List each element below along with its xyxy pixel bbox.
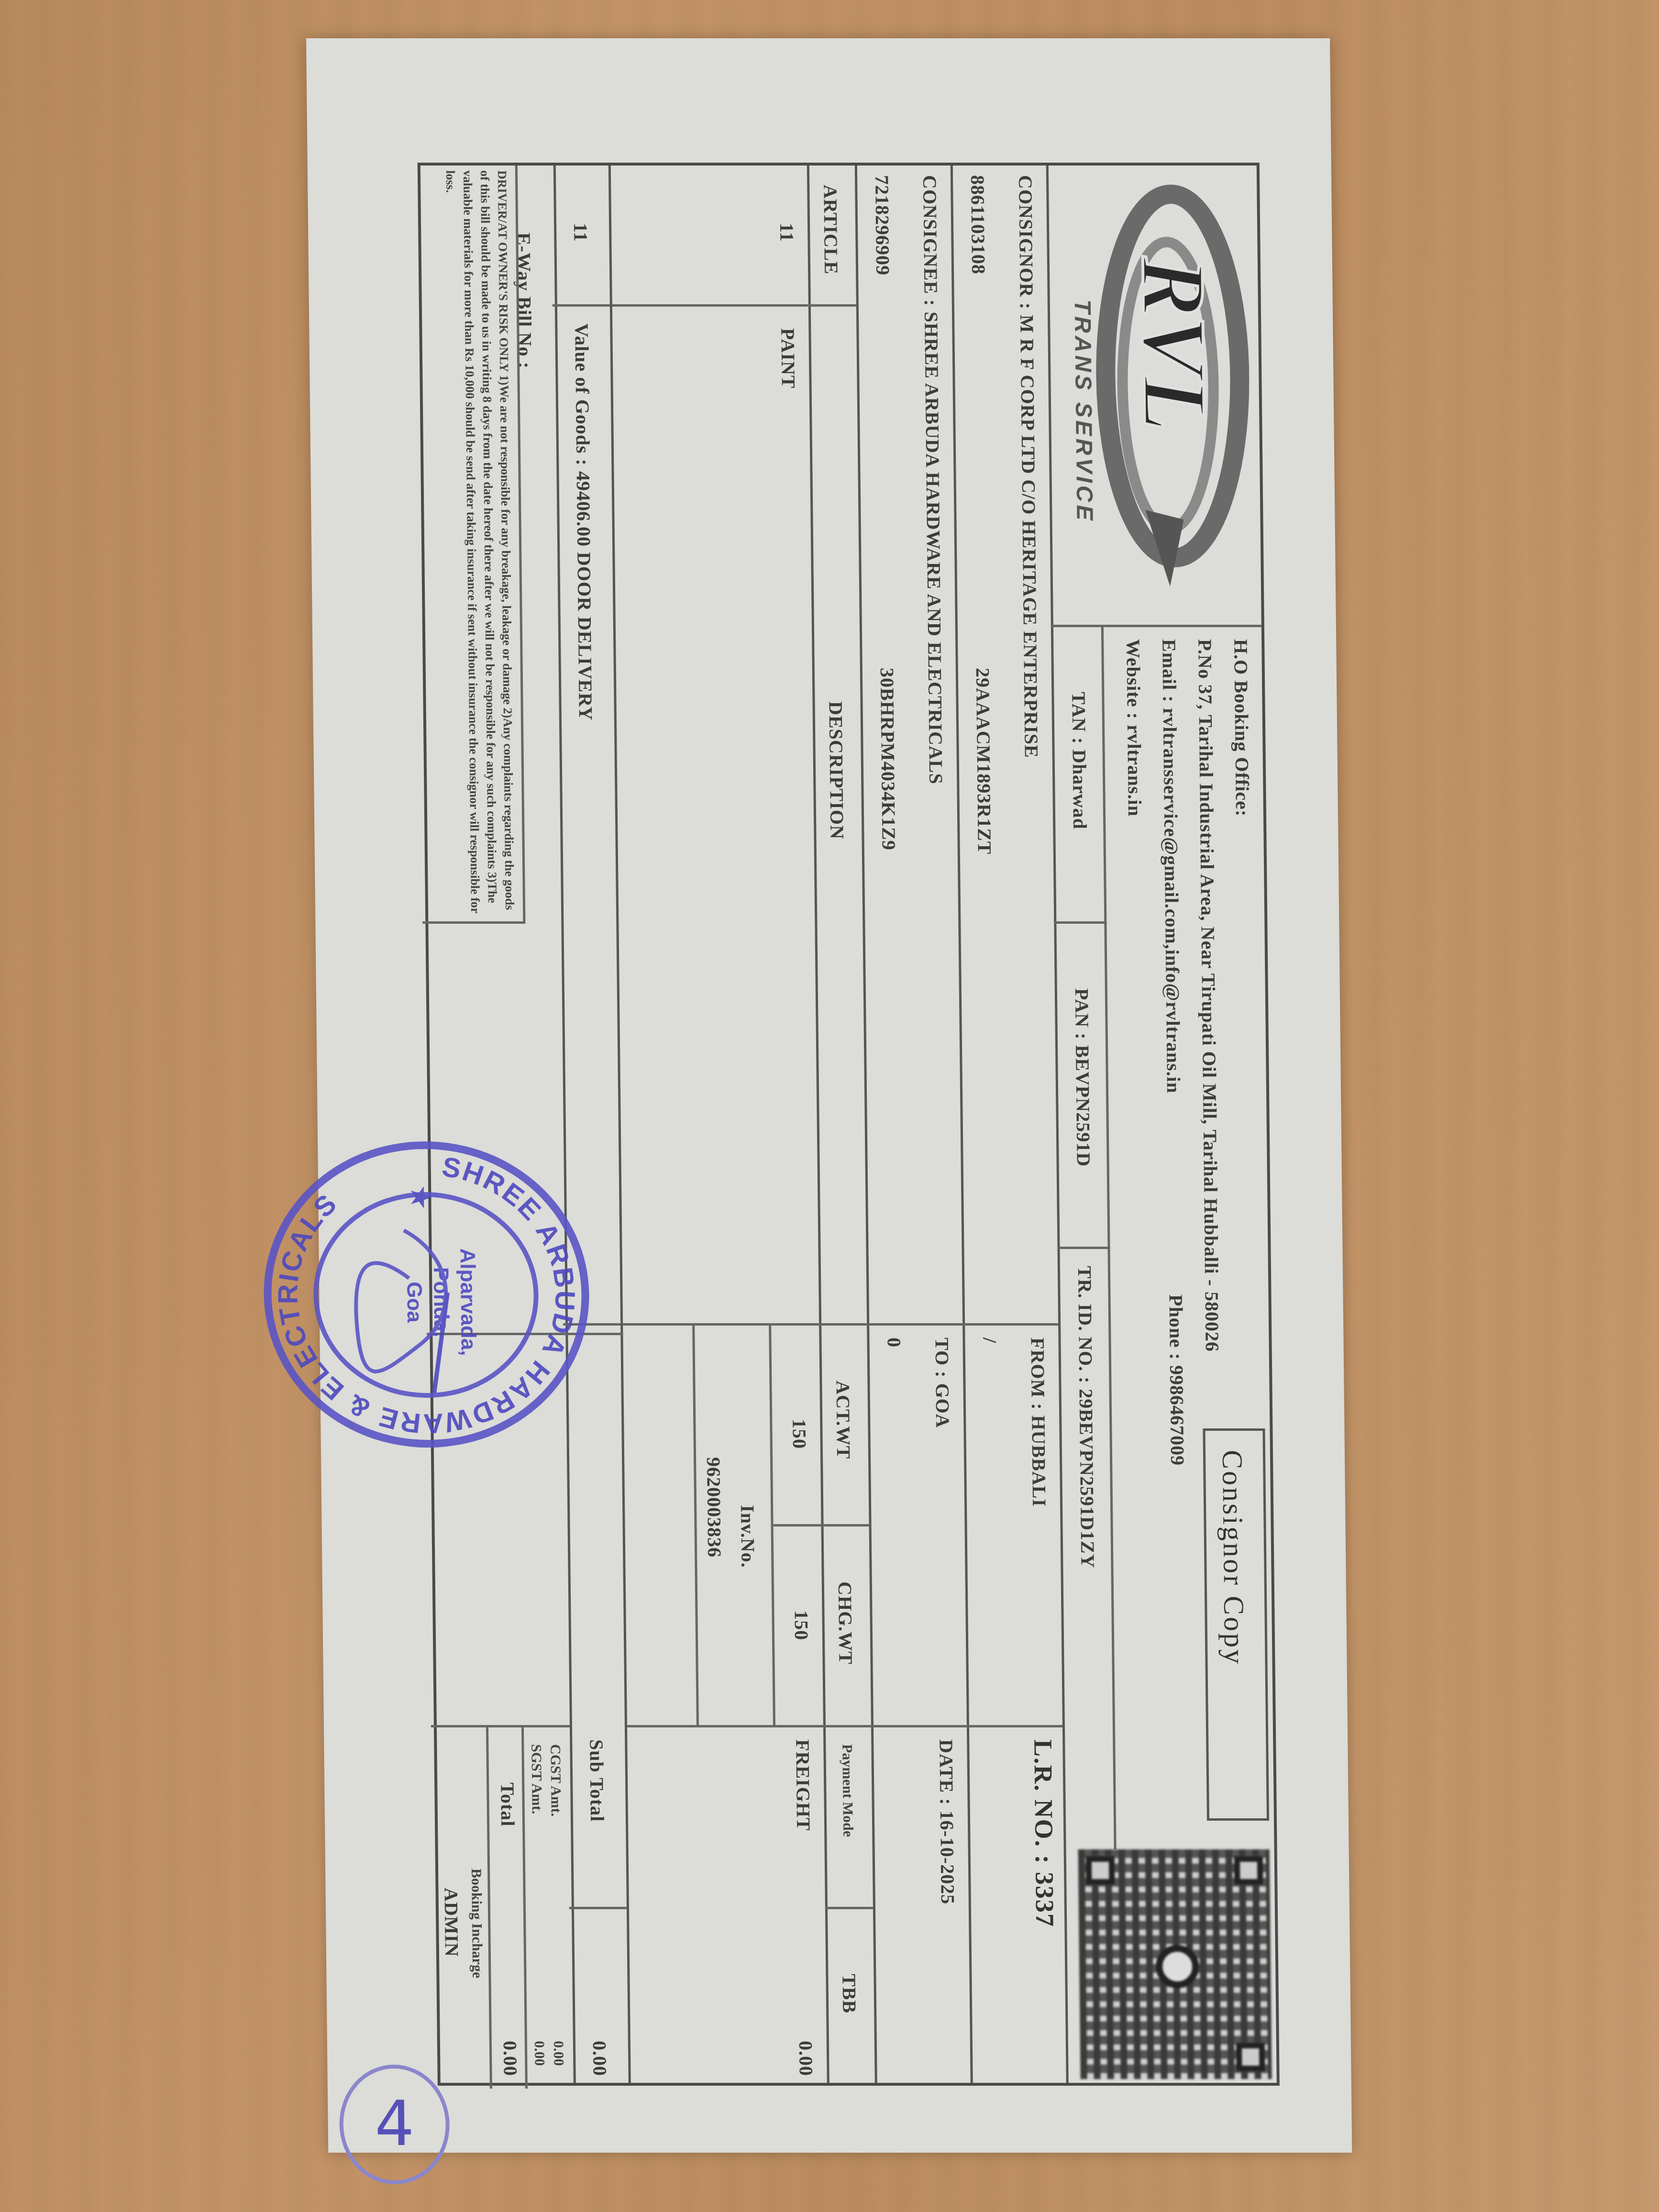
pan-number: PAN : BEVPN2591D — [1071, 988, 1095, 1167]
consignor-name: CONSIGNOR : M R F CORP LTD C/O HERITAGE … — [1014, 175, 1043, 758]
row-chg-wt: 150 — [790, 1610, 813, 1640]
company-logo: RVL TRANS SERVICE — [1065, 175, 1251, 606]
value-of-goods: Value of Goods : 49406.00 DOOR DELIVERY — [570, 323, 597, 721]
col-chg-wt: CHG.WT — [834, 1582, 857, 1665]
svg-text:★: ★ — [405, 1184, 437, 1210]
freight-value: 0.00 — [795, 2041, 818, 2076]
total-label: Total — [496, 1782, 519, 1826]
row-act-wt: 150 — [788, 1419, 811, 1449]
qr-code — [1078, 1849, 1272, 2079]
from-location: FROM : HUBBALI — [1026, 1338, 1051, 1507]
lr-number: L.R. NO. : 3337 — [1028, 1739, 1060, 1927]
handwritten-circled-number: 4 — [339, 2065, 450, 2184]
col-description: DESCRIPTION — [825, 701, 849, 840]
office-address: P.No 37, Tarihal Industrial Area, Near T… — [1194, 639, 1224, 1352]
booking-incharge-name: ADMIN — [440, 1888, 463, 1957]
from-extra: / — [978, 1338, 1001, 1343]
total-articles: 11 — [569, 223, 592, 242]
to-location: TO : GOA — [930, 1338, 954, 1428]
lr-date: DATE : 16-10-2025 — [935, 1739, 959, 1904]
col-article: ARTICLE — [819, 185, 842, 275]
row-description: PAINT — [776, 328, 799, 388]
tan-number: TAN : Dharwad — [1067, 692, 1091, 829]
sub-total-value: 0.00 — [588, 2041, 611, 2076]
company-tagline: TRANS SERVICE — [1069, 299, 1098, 523]
svg-text:RVL: RVL — [1123, 256, 1225, 431]
consignee-phone: 7218296909 — [871, 175, 894, 276]
company-website: Website : rvltrans.in — [1122, 639, 1146, 817]
sgst-label: SGST Amt. — [528, 1744, 545, 1814]
payment-mode-value: TBB — [838, 1974, 861, 2013]
copy-label: Consignor Copy — [1216, 1450, 1251, 1666]
col-payment-mode: Payment Mode — [839, 1744, 856, 1837]
sgst-value: 0.00 — [531, 2041, 548, 2066]
qr-logo-icon — [1156, 1945, 1199, 1988]
receipt-frame: RVL TRANS SERVICE H.O Booking Office: P.… — [418, 163, 1280, 2086]
freight-label: FREIGHT — [791, 1739, 815, 1831]
total-value: 0.00 — [499, 2041, 522, 2076]
consignor-gstin: 29AAACM1893R1ZT — [972, 668, 996, 855]
consignee-rubber-stamp: SHREE ARBUDA HARDWARE & ELECTRICALS ★ Al… — [262, 1141, 591, 1448]
booking-incharge-label: Booking Incharge — [468, 1869, 485, 1978]
copy-label-box: Consignor Copy — [1203, 1428, 1269, 1821]
col-act-wt: ACT.WT — [831, 1381, 855, 1459]
header-row: RVL TRANS SERVICE H.O Booking Office: P.… — [1046, 166, 1277, 2083]
tr-id-number: TR. ID. NO. : 29BEVPN2591D1ZY — [1073, 1266, 1099, 1568]
sub-total-label: Sub Total — [585, 1739, 608, 1822]
row-article: 11 — [775, 223, 798, 242]
cgst-label: CGST Amt. — [547, 1744, 564, 1816]
table-body: 11 PAINT 150 150 Inv.No. 9620003836 FREI… — [611, 166, 827, 2083]
to-extra: 0 — [883, 1338, 905, 1348]
terms-disclaimer: DRIVER/AT OWNER'S RISK ONLY 1)We are not… — [442, 170, 518, 917]
company-phone: Phone : 9986467009 — [1165, 1294, 1189, 1466]
office-label: H.O Booking Office: — [1229, 639, 1254, 817]
company-email: Email : rvltransservice@gmail.com,info@r… — [1158, 639, 1185, 1094]
consignee-gstin: 30BHRPM4034K1Z9 — [876, 668, 900, 851]
consignee-row: CONSIGNEE : SHREE ARBUDA HARDWARE AND EL… — [855, 166, 971, 2083]
cgst-value: 0.00 — [550, 2041, 567, 2066]
lorry-receipt-paper: RVL TRANS SERVICE H.O Booking Office: P.… — [306, 38, 1352, 2153]
rvl-swoosh-icon: RVL — [1089, 175, 1251, 606]
signature-scribble — [332, 1221, 477, 1412]
invoice-number: 9620003836 — [702, 1457, 726, 1558]
consignor-row: CONSIGNOR : M R F CORP LTD C/O HERITAGE … — [951, 166, 1066, 2083]
consignor-phone: 8861103108 — [966, 175, 990, 275]
invoice-label: Inv.No. — [736, 1505, 759, 1568]
consignee-name: CONSIGNEE : SHREE ARBUDA HARDWARE AND EL… — [918, 175, 947, 785]
